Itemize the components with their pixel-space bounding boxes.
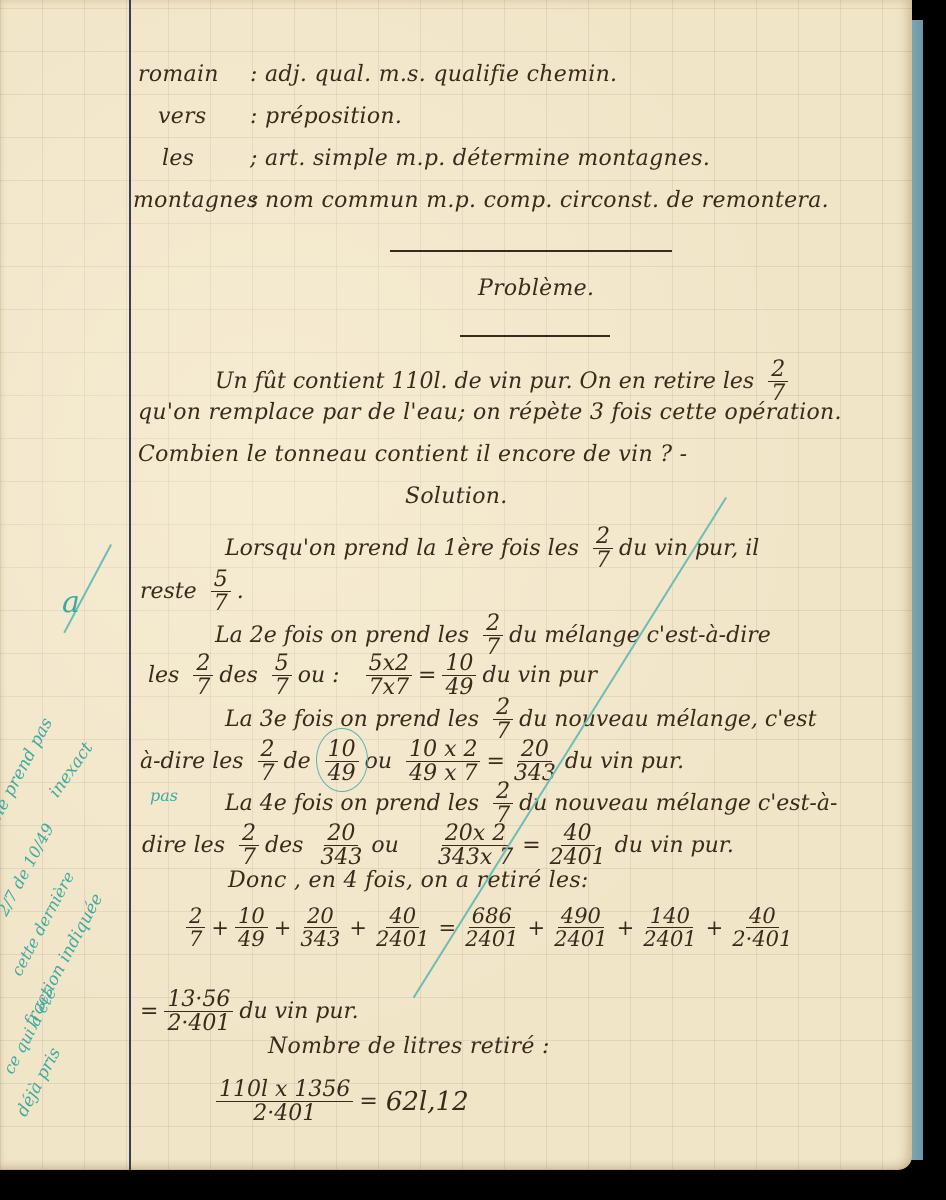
inline-correction-arrow: pas	[150, 786, 178, 805]
sum-equation: 27 + 1049 + 20343 + 402401 = 6862401 + 4…	[180, 905, 801, 950]
notebook-page: romain : adj. qual. m.s. qualifie chemin…	[0, 0, 912, 1170]
grammar-analysis-4: : nom commun m.p. comp. circonst. de rem…	[250, 188, 829, 213]
fraction: 27	[768, 358, 788, 405]
solution-line-6: à-dire les 27 de 1049 ou 10 x 249 x 7 = …	[140, 738, 692, 785]
grammar-analysis-2: : préposition.	[250, 104, 402, 129]
problem-title: Problème.	[478, 276, 594, 301]
section-divider-top	[390, 250, 672, 252]
margin-note-inexact: inexact	[45, 739, 97, 802]
solution-line-4: les 27 des 57 ou : 5x27x7 = 1049 du vin …	[148, 652, 605, 699]
grammar-word-3: les	[162, 146, 194, 171]
grammar-analysis-3: ; art. simple m.p. détermine montagnes.	[250, 146, 710, 171]
litres-label: Nombre de litres retiré :	[268, 1034, 550, 1059]
final-equation: 110l x 13562·401 = 62l,12	[210, 1078, 469, 1125]
grammar-word-1: romain	[138, 62, 219, 87]
solution-line-1: Lorsqu'on prend la 1ère fois les 27 du v…	[225, 525, 767, 572]
grammar-word-4: montagnes	[133, 188, 259, 213]
total-fraction: = 13·562·401 du vin pur.	[140, 988, 367, 1035]
problem-line-3: Combien le tonneau contient il encore de…	[138, 442, 687, 467]
grammar-word-2: vers	[158, 104, 206, 129]
solution-line-2: reste 57 .	[140, 568, 244, 615]
solution-title: Solution.	[405, 484, 508, 509]
solution-line-9: Donc , en 4 fois, on a retiré les:	[228, 868, 589, 893]
margin-line	[129, 0, 131, 1170]
margin-grade-mark: a	[62, 585, 80, 620]
problem-line-2: qu'on remplace par de l'eau; on répète 3…	[138, 400, 842, 425]
problem-line-1: Un fût contient 110l. de vin pur. On en …	[215, 358, 794, 405]
solution-line-8: dire les 27 des 20343 ou 20x 2343x 7 = 4…	[142, 822, 742, 869]
grammar-analysis-1: : adj. qual. m.s. qualifie chemin.	[250, 62, 617, 87]
section-divider-bottom	[460, 335, 610, 337]
